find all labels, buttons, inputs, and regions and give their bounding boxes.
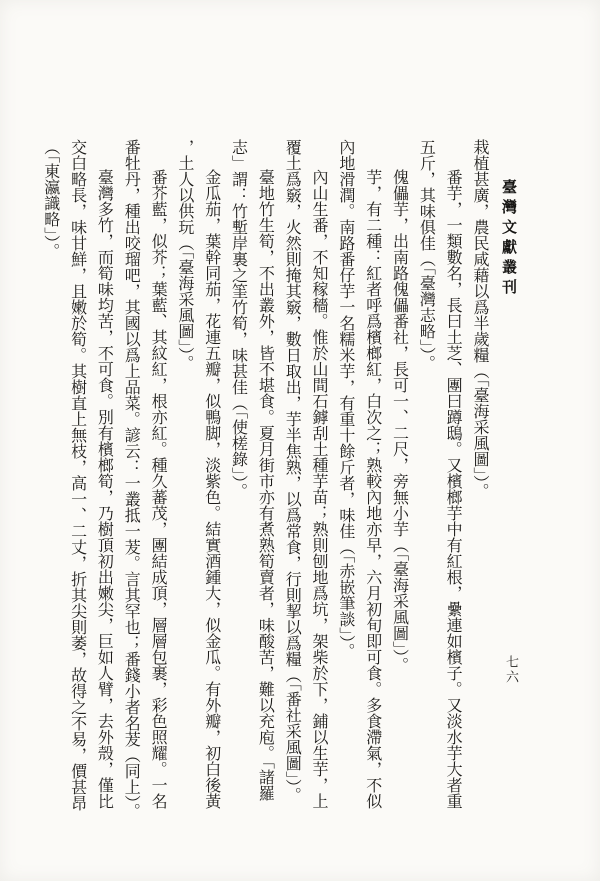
text-column: 五斤，其味俱佳（「臺灣志略」）。 bbox=[412, 139, 439, 833]
text-block: 栽植甚廣，農民咸藉以爲半歲糧（「臺海采風圖」）。 番芋，一類數名，長曰土芝、團曰… bbox=[36, 139, 492, 833]
text-column: 覆土爲竅，火然則掩其竅，數日取出，芋半焦熟，以爲常食，行則挈以爲糧（「番社采風圖… bbox=[277, 139, 304, 833]
text-column: 臺灣多竹，而筍味均苦，不可食。別有檳榔筍，乃樹頂初出嫩尖，巨如人臂，去外殼，僅比 bbox=[90, 139, 117, 833]
text-column: 金瓜茄，葉幹同茄，花連五瓣，似鴨脚，淡紫色。結實酒鍾大，似金瓜。有外瓣，初白後黃 bbox=[197, 139, 224, 833]
text-column: 交白略長，味甘鮮，且嫩於筍。其樹直上無枝，高一、二丈，折其尖則萎，故得之不易，價… bbox=[63, 139, 90, 833]
text-column: ，土人以供玩（「臺海采風圖」）。 bbox=[170, 139, 197, 833]
text-column: 番牡丹，種出咬瑠吧，其國以爲上品菜。諺云：一叢抵一茇。言其罕也；番錢小者名茇（同… bbox=[116, 139, 143, 833]
text-column: 內山生番，不知稼穡。惟於山間石鏬刮土種芋苗；熟則刨地爲坑，架柴於下，鋪以生芋，上 bbox=[304, 139, 331, 833]
text-column: 臺地竹生筍，不出叢外，皆不堪食。夏月街市亦有煮熟筍賣者，味酸苦，難以充庖。「諸羅 bbox=[251, 139, 278, 833]
text-column: 志」謂：竹塹岸裏之筀竹筍，味甚佳（「使槎錄」）。 bbox=[224, 139, 251, 833]
text-column: 內地滑潤。南路番仔芋一名糯米芋，有重十餘斤者，味佳（「赤嵌筆談」）。 bbox=[331, 139, 358, 833]
text-column: 傀儡芋，出南路傀儡番社，長可一、二尺，旁無小芋（「臺海采風圖」）。 bbox=[385, 139, 412, 833]
text-column: （「東瀛識略」）。 bbox=[36, 139, 63, 833]
text-column: 栽植甚廣，農民咸藉以爲半歲糧（「臺海采風圖」）。 bbox=[465, 139, 492, 833]
scan-page: 臺灣文獻叢刊 七六 栽植甚廣，農民咸藉以爲半歲糧（「臺海采風圖」）。 番芋，一類… bbox=[0, 0, 600, 881]
series-title: 臺灣文獻叢刊 bbox=[498, 179, 519, 299]
page-number: 七六 bbox=[502, 655, 521, 685]
text-column: 番芋，一類數名，長曰土芝、團曰蹲鴟。又檳榔芋中有紅根，纍連如檳子。又淡水芋大者重 bbox=[438, 139, 465, 833]
text-column: 芋，有二種：紅者呼爲檳榔紅，白次之；熟較內地亦早，六月初旬即可食。多食滯氣，不似 bbox=[358, 139, 385, 833]
text-column: 番芥藍，似芥；葉藍、其紋紅，根亦紅。種久蕃茂，團結成頂，層層包裹，彩色照耀。一名 bbox=[143, 139, 170, 833]
